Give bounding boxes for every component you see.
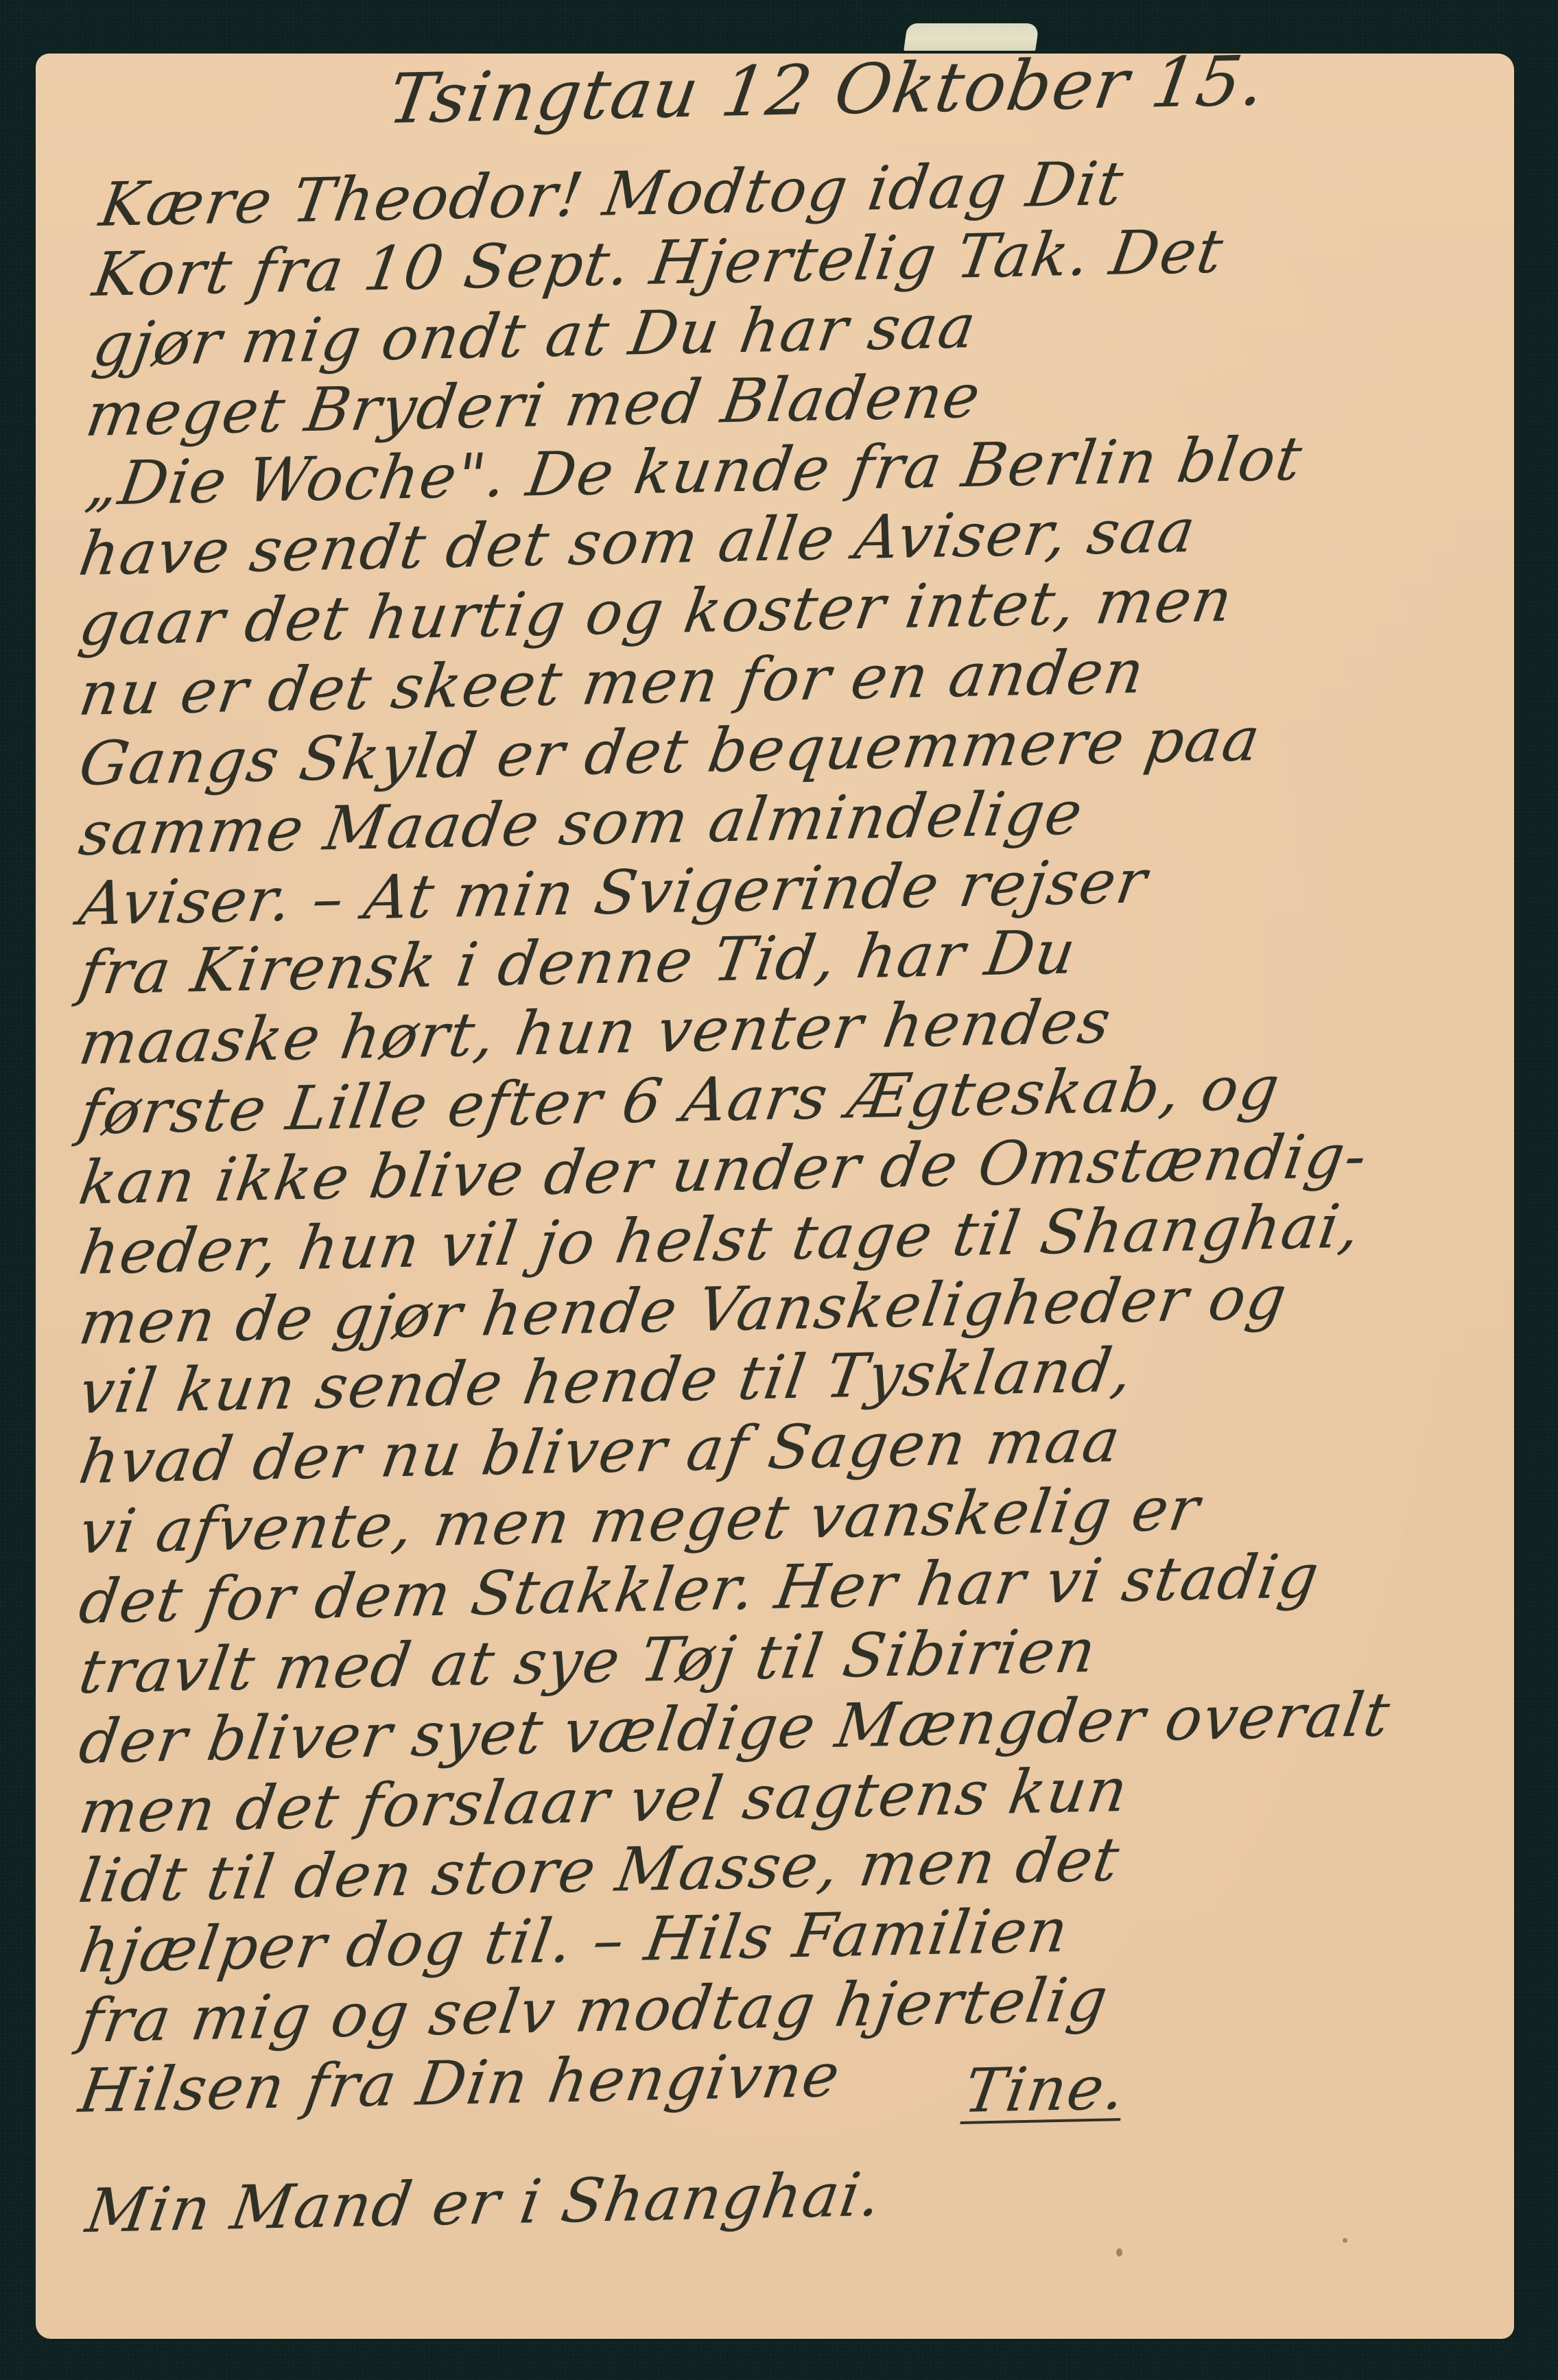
paper-spot [1343, 2238, 1347, 2243]
signature: Tine. [960, 2058, 1130, 2121]
place-date-heading: Tsingtau 12 Oktober 15. [384, 47, 1271, 134]
postscript: Min Mand er i Shanghai. [82, 2164, 886, 2241]
letter-line: Hilsen fra Din hengivne [75, 2045, 845, 2121]
paper-spot [1116, 2248, 1122, 2257]
